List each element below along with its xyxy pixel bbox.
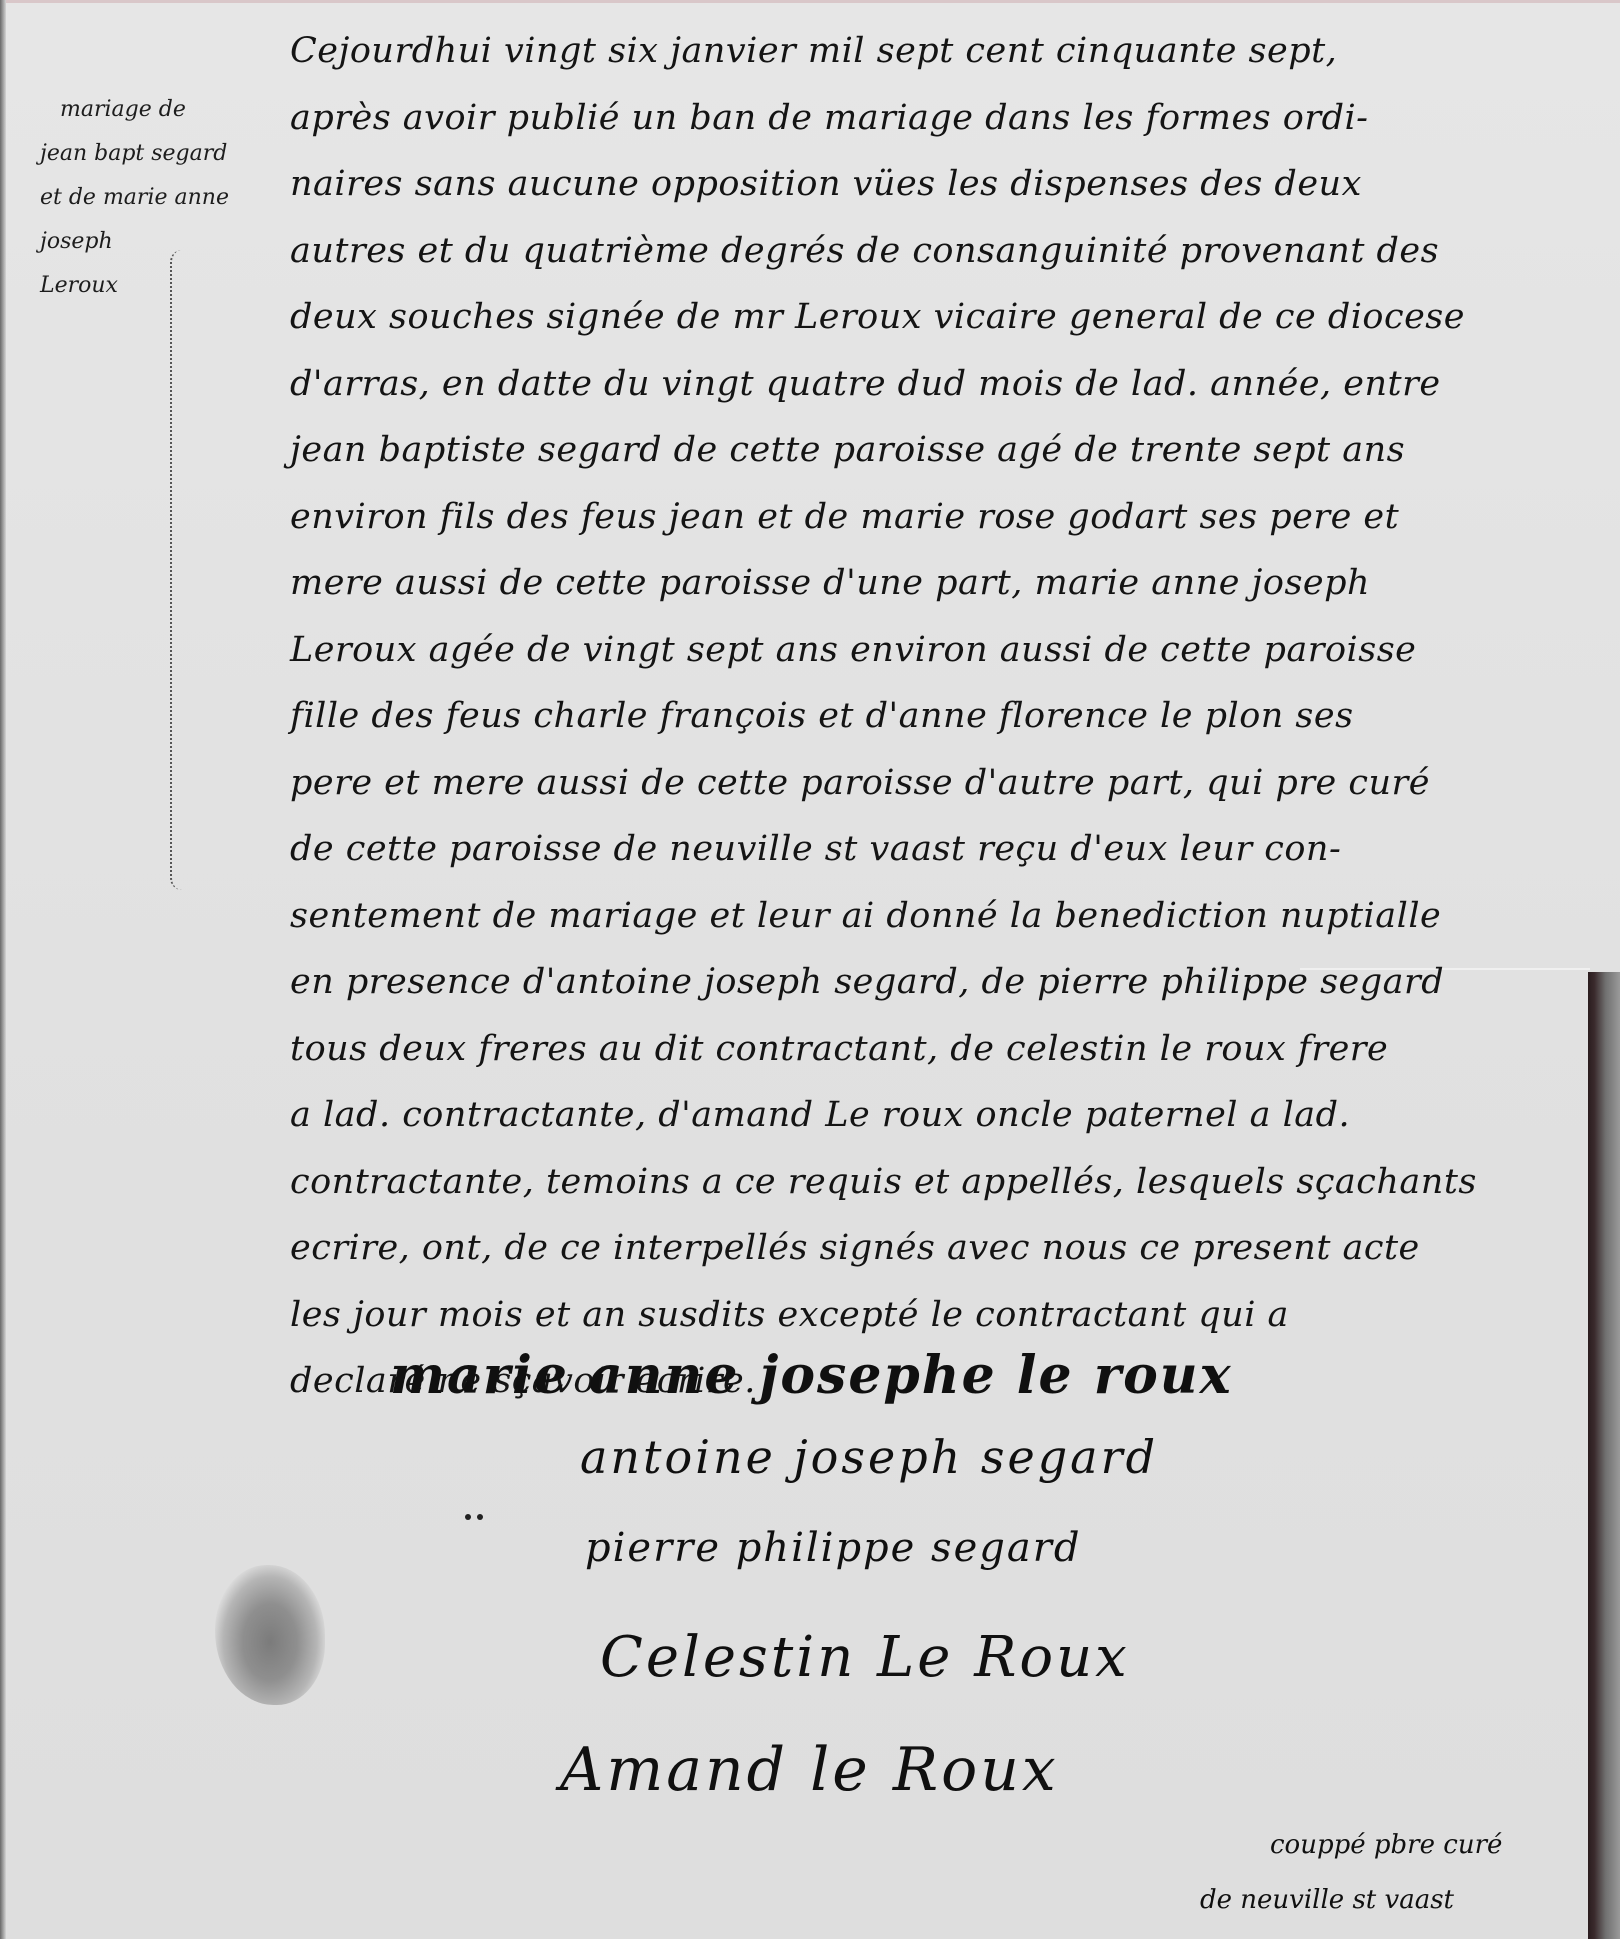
register-page: mariage de jean bapt segard et de marie …	[0, 0, 1620, 1939]
signature-priest-parish: de neuville st vaast	[1200, 1885, 1454, 1915]
entry-line: fille des feus charle françois et d'anne…	[290, 683, 1590, 750]
signature-witness-2: pierre philippe segard	[585, 1525, 1081, 1571]
entry-line: environ fils des feus jean et de marie r…	[290, 484, 1590, 551]
register-entry-text: Cejourdhui vingt six janvier mil sept ce…	[290, 18, 1590, 1415]
margin-brace	[170, 250, 196, 890]
entry-line: declaré ne sçavoir ecrire.	[290, 1348, 1590, 1415]
entry-line: pere et mere aussi de cette paroisse d'a…	[290, 750, 1590, 817]
ink-blot	[215, 1565, 325, 1705]
margin-note-line: mariage de	[40, 88, 290, 132]
entry-line: Leroux agée de vingt sept ans environ au…	[290, 617, 1590, 684]
entry-line: a lad. contractante, d'amand Le roux onc…	[290, 1082, 1590, 1149]
scan-top-edge	[0, 0, 1620, 3]
entry-line: contractante, temoins a ce requis et app…	[290, 1149, 1590, 1216]
margin-note: mariage de jean bapt segard et de marie …	[40, 88, 290, 308]
signature-priest: couppé pbre curé	[1270, 1830, 1502, 1860]
margin-note-line: jean bapt segard	[40, 132, 290, 176]
signature-witness-3: Celestin Le Roux	[600, 1625, 1130, 1690]
entry-line: de cette paroisse de neuville st vaast r…	[290, 816, 1590, 883]
entry-line: sentement de mariage et leur ai donné la…	[290, 883, 1590, 950]
ink-dots	[465, 1505, 495, 1515]
entry-line: deux souches signée de mr Leroux vicaire…	[290, 284, 1590, 351]
entry-line: naires sans aucune opposition vües les d…	[290, 151, 1590, 218]
entry-line: autres et du quatrième degrés de consang…	[290, 218, 1590, 285]
entry-line: d'arras, en datte du vingt quatre dud mo…	[290, 351, 1590, 418]
page-binding-edge	[0, 0, 6, 1939]
margin-note-line: Leroux	[40, 264, 290, 308]
page-right-edge	[1588, 972, 1620, 1939]
entry-line: tous deux freres au dit contractant, de …	[290, 1016, 1590, 1083]
entry-line: mere aussi de cette paroisse d'une part,…	[290, 550, 1590, 617]
entry-line: après avoir publié un ban de mariage dan…	[290, 85, 1590, 152]
entry-line: en presence d'antoine joseph segard, de …	[290, 949, 1590, 1016]
entry-line: ecrire, ont, de ce interpellés signés av…	[290, 1215, 1590, 1282]
signature-witness-4: Amand le Roux	[560, 1735, 1059, 1805]
entry-line: Cejourdhui vingt six janvier mil sept ce…	[290, 18, 1590, 85]
entry-line: jean baptiste segard de cette paroisse a…	[290, 417, 1590, 484]
margin-note-line: et de marie anne joseph	[40, 176, 290, 264]
signature-witness-1: antoine joseph segard	[580, 1430, 1158, 1484]
entry-line: les jour mois et an susdits excepté le c…	[290, 1282, 1590, 1349]
